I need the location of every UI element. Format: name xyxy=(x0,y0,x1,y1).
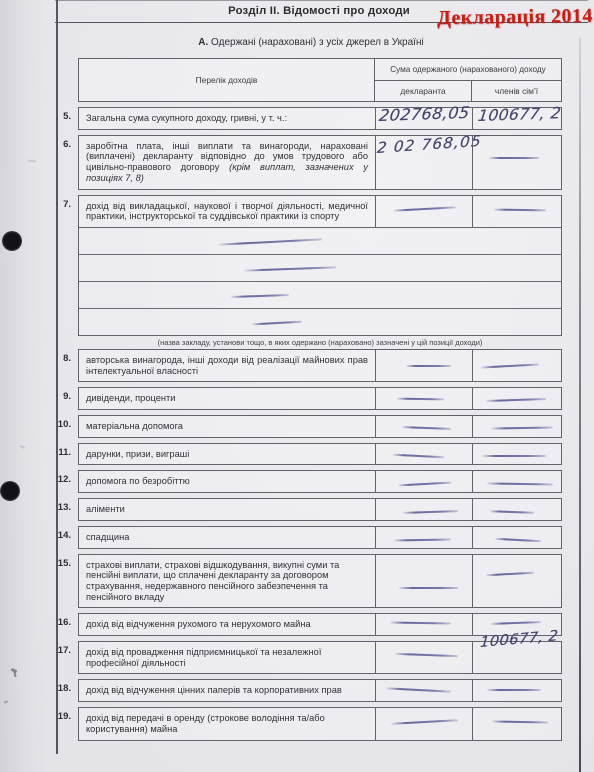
row-box: дивіденди, проценти xyxy=(78,387,562,410)
handwritten-dash xyxy=(399,587,458,589)
declarant-amount-cell xyxy=(375,680,472,701)
row-box: дохід від передачі в оренду (строкове во… xyxy=(78,707,562,740)
family-amount-cell xyxy=(472,555,561,608)
income-description: матеріальна допомога xyxy=(79,416,375,437)
row-number: 17. xyxy=(52,641,78,674)
row-number: 7. xyxy=(52,195,78,228)
handwritten-dash xyxy=(390,719,457,725)
declarant-amount-cell xyxy=(375,642,472,673)
declarant-amount-cell xyxy=(375,388,472,409)
paper-edge-shading xyxy=(0,0,48,772)
section-heading: А. Одержані (нараховані) з усіх джерел в… xyxy=(55,37,567,48)
income-row-9: 9.дивіденди, проценти xyxy=(52,387,562,410)
handwritten-dash xyxy=(389,621,450,624)
row-number: 14. xyxy=(52,526,78,549)
row-number: 6. xyxy=(52,135,78,190)
hole-punch xyxy=(0,481,20,501)
handwritten-dash xyxy=(393,539,450,542)
handwritten-dash xyxy=(489,157,539,159)
year-stamp: Декларація 2014 xyxy=(437,5,593,30)
handwritten-amount: 100677, 2 xyxy=(477,104,562,125)
income-table: Перелік доходів Сума одержаного (нарахов… xyxy=(52,58,562,746)
handwritten-dash xyxy=(487,482,553,485)
declarant-amount-cell xyxy=(375,555,472,608)
income-row-8: 8.авторська винагорода, інші доходи від … xyxy=(52,349,562,382)
row-number: 18. xyxy=(52,679,78,702)
column-header-sum: Сума одержаного (нарахованого) доходу xyxy=(375,59,561,81)
row-number: 5. xyxy=(52,107,78,130)
income-description: дарунки, призи, виграші xyxy=(79,444,375,465)
income-row-13: 13.аліменти xyxy=(52,498,562,521)
income-row-10: 10.матеріальна допомога xyxy=(52,415,562,438)
blank-source-row xyxy=(79,228,561,255)
row-number: 19. xyxy=(52,707,78,740)
declarant-amount-cell xyxy=(375,196,472,227)
income-description: заробітна плата, інші виплати та винагор… xyxy=(79,136,375,189)
income-description: дохід від передачі в оренду (строкове во… xyxy=(79,708,375,739)
declarant-amount-cell xyxy=(375,471,472,492)
blank-source-row xyxy=(79,309,561,335)
handwritten-dash xyxy=(486,571,534,576)
handwritten-dash xyxy=(397,481,450,486)
income-row-11: 11.дарунки, призи, виграші xyxy=(52,443,562,466)
handwritten-dash xyxy=(487,689,541,691)
form-top-border xyxy=(55,0,588,1)
declarant-amount-cell: 2 02 768,05 xyxy=(375,136,472,189)
handwritten-dash xyxy=(385,687,450,692)
handwritten-dash xyxy=(481,363,539,368)
income-description: дохід від провадження підприємницької та… xyxy=(79,642,375,673)
row-number: 12. xyxy=(52,470,78,493)
family-amount-cell xyxy=(472,416,561,437)
row-number-spacer xyxy=(52,58,78,102)
row-number: 11. xyxy=(52,443,78,466)
handwritten-amount: 202768,05 xyxy=(378,103,471,125)
family-amount-cell xyxy=(472,388,561,409)
column-header-family: членів сім’ї xyxy=(472,81,561,101)
family-amount-cell xyxy=(472,499,561,520)
row-box: дохід від провадження підприємницької та… xyxy=(78,641,562,674)
family-amount-cell: 100677, 2 xyxy=(472,642,561,673)
income-row-14: 14.спадщина xyxy=(52,526,562,549)
declarant-amount-cell xyxy=(375,708,472,739)
family-amount-cell xyxy=(472,136,561,189)
row-number: 8. xyxy=(52,349,78,382)
income-description: дохід від відчуження цінних паперів та к… xyxy=(79,680,375,701)
handwritten-dash xyxy=(491,426,553,429)
family-amount-cell xyxy=(472,350,561,381)
handwritten-dash xyxy=(392,453,443,458)
declarant-amount-cell xyxy=(375,499,472,520)
family-amount-cell xyxy=(472,527,561,548)
handwritten-dash xyxy=(495,538,541,542)
row-box: матеріальна допомога xyxy=(78,415,562,438)
income-row-16: 16.дохід від відчуження рухомого та неру… xyxy=(52,613,562,636)
income-row-17: 17.дохід від провадження підприємницької… xyxy=(52,641,562,674)
income-description: спадщина xyxy=(79,527,375,548)
table-header-row: Перелік доходів Сума одержаного (нарахов… xyxy=(52,58,562,102)
hole-punch xyxy=(2,231,22,251)
row-box: Загальна сума сукупного доходу, гривні, … xyxy=(78,107,562,130)
handwritten-dash xyxy=(492,721,548,724)
handwritten-dash xyxy=(244,267,336,272)
family-amount-cell xyxy=(472,196,561,227)
handwritten-dash xyxy=(486,398,546,402)
row-box: дохід від відчуження цінних паперів та к… xyxy=(78,679,562,702)
income-row-6: 6.заробітна плата, інші виплати та винаг… xyxy=(52,135,562,190)
handwritten-dash xyxy=(231,294,289,298)
row-box: аліменти xyxy=(78,498,562,521)
row-box: спадщина xyxy=(78,526,562,549)
handwritten-dash xyxy=(218,239,322,246)
table-header: Перелік доходів Сума одержаного (нарахов… xyxy=(78,58,562,102)
handwritten-amount: 2 02 768,05 xyxy=(376,131,482,156)
family-amount-cell xyxy=(472,444,561,465)
handwritten-dash xyxy=(494,208,546,211)
row-box: дарунки, призи, виграші xyxy=(78,443,562,466)
income-rows-bottom: 8.авторська винагорода, інші доходи від … xyxy=(52,349,562,741)
row-number: 9. xyxy=(52,387,78,410)
handwritten-dash xyxy=(491,621,541,625)
income-row-19: 19.дохід від передачі в оренду (строкове… xyxy=(52,707,562,740)
row-number: 13. xyxy=(52,498,78,521)
row-box: дохід від викладацької, наукової і творч… xyxy=(78,195,562,228)
amount-header-group: Сума одержаного (нарахованого) доходу де… xyxy=(375,59,561,101)
handwritten-dash xyxy=(396,398,443,401)
page-edge-line xyxy=(579,38,581,772)
section-title: Одержані (нараховані) з усіх джерел в Ук… xyxy=(208,37,423,48)
handwritten-dash xyxy=(401,426,450,430)
scanned-declaration-page: Розділ II. Відомості про доходи Декларац… xyxy=(0,0,594,772)
income-description: дохід від викладацької, наукової і творч… xyxy=(79,196,375,227)
handwritten-dash xyxy=(394,653,457,657)
amount-subheaders: декларанта членів сім’ї xyxy=(375,81,561,101)
handwritten-dash xyxy=(252,321,302,326)
row-number: 16. xyxy=(52,613,78,636)
income-description: авторська винагорода, інші доходи від ре… xyxy=(79,350,375,381)
income-description: аліменти xyxy=(79,499,375,520)
income-sources-blank-rows xyxy=(78,227,562,336)
income-description: дохід від відчуження рухомого та нерухом… xyxy=(79,614,375,635)
row-box: дохід від відчуження рухомого та нерухом… xyxy=(78,613,562,636)
table-caption: (назва закладу, установи тощо, в яких од… xyxy=(78,336,562,349)
income-description: страхові виплати, страхові відшкодування… xyxy=(79,555,375,608)
column-header-declarant: декларанта xyxy=(375,81,472,101)
family-amount-cell xyxy=(472,680,561,701)
handwritten-dash xyxy=(490,510,534,514)
declarant-amount-cell xyxy=(375,444,472,465)
handwritten-dash xyxy=(402,510,457,514)
row-number: 10. xyxy=(52,415,78,438)
row-box: авторська винагорода, інші доходи від ре… xyxy=(78,349,562,382)
income-description: дивіденди, проценти xyxy=(79,388,375,409)
blank-source-row xyxy=(79,282,561,309)
declarant-amount-cell: 202768,05 xyxy=(375,108,472,129)
declarant-amount-cell xyxy=(375,614,472,635)
income-row-15: 15.страхові виплати, страхові відшкодува… xyxy=(52,554,562,609)
handwritten-dash xyxy=(406,365,451,367)
declarant-amount-cell xyxy=(375,527,472,548)
income-row-12: 12.допомога по безробіттю xyxy=(52,470,562,493)
declarant-amount-cell xyxy=(375,416,472,437)
income-description: Загальна сума сукупного доходу, гривні, … xyxy=(79,108,375,129)
family-amount-cell xyxy=(472,708,561,739)
income-description: допомога по безробіттю xyxy=(79,471,375,492)
income-row-18: 18.дохід від відчуження цінних паперів т… xyxy=(52,679,562,702)
row-box: страхові виплати, страхові відшкодування… xyxy=(78,554,562,609)
row-box: допомога по безробіттю xyxy=(78,470,562,493)
column-header-income-list: Перелік доходів xyxy=(79,59,375,101)
blank-source-row xyxy=(79,255,561,282)
income-row-7: 7.дохід від викладацької, наукової і тво… xyxy=(52,195,562,228)
family-amount-cell: 100677, 2 xyxy=(472,108,561,129)
income-description-italic-note: (крім виплат, зазначених у позиціях 7, 8… xyxy=(86,162,368,183)
row-number: 15. xyxy=(52,554,78,609)
family-amount-cell xyxy=(472,471,561,492)
income-rows-top: 5.Загальна сума сукупного доходу, гривні… xyxy=(52,107,562,228)
handwritten-dash xyxy=(392,207,455,212)
row-box: заробітна плата, інші виплати та винагор… xyxy=(78,135,562,190)
handwritten-dash xyxy=(482,455,546,457)
declarant-amount-cell xyxy=(375,350,472,381)
section-label: А. xyxy=(198,37,208,48)
income-row-5: 5.Загальна сума сукупного доходу, гривні… xyxy=(52,107,562,130)
